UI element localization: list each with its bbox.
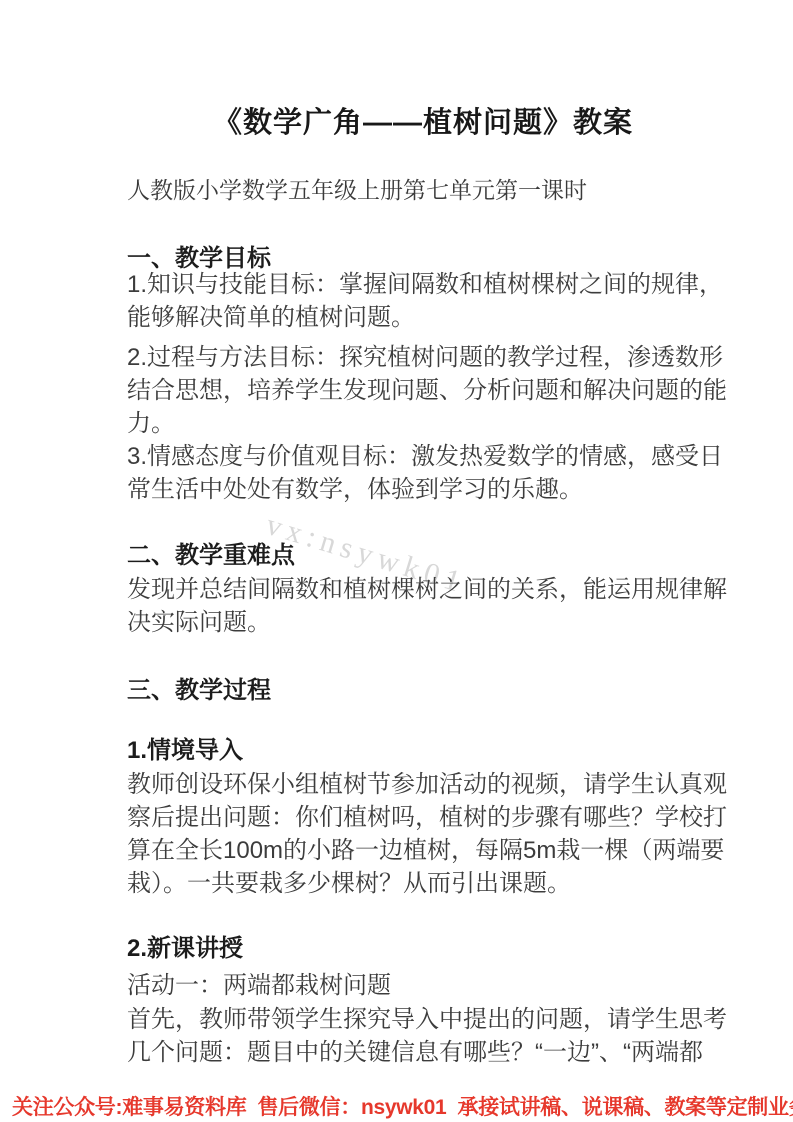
paragraph-intro: 教师创设环保小组植树节参加活动的视频，请学生认真观 察后提出问题：你们植树吗，植… [127, 768, 719, 900]
paragraph-emotion-goal: 3.情感态度与价值观目标：激发热爱数学的情感，感受日 常生活中处处有数学，体验到… [127, 440, 719, 506]
text-line: 教师创设环保小组植树节参加活动的视频，请学生认真观 [127, 768, 719, 801]
text-line: 发现并总结间隔数和植树棵树之间的关系，能运用规律解 [127, 573, 719, 606]
page-title: 《数学广角——植树问题》教案 [127, 100, 719, 141]
text-line: 2.过程与方法目标：探究植树问题的教学过程，渗透数形 [127, 341, 719, 374]
subsection-heading-intro: 1.情境导入 [127, 730, 719, 765]
text-line: 首先，教师带领学生探究导入中提出的问题，请学生思考 [127, 1003, 719, 1036]
text-line: 栽）。一共要栽多少棵树？从而引出课题。 [127, 867, 719, 900]
section-heading-key-points: 二、教学重难点 [127, 535, 719, 570]
document-page: vx:nsywk01 《数学广角——植树问题》教案 人教版小学数学五年级上册第七… [0, 0, 793, 1122]
text-line: 决实际问题。 [127, 606, 719, 639]
footer-promo-banner: 关注公众号:难事易资料库 售后微信：nsywk01 承接试讲稿、说课稿、教案等定… [0, 1091, 793, 1121]
text-line: 3.情感态度与价值观目标：激发热爱数学的情感，感受日 [127, 440, 719, 473]
text-line: 1.知识与技能目标：掌握间隔数和植树棵树之间的规律， [127, 268, 719, 301]
paragraph-knowledge-goal: 1.知识与技能目标：掌握间隔数和植树棵树之间的规律， 能够解决简单的植树问题。 [127, 268, 719, 334]
text-line: 常生活中处处有数学，体验到学习的乐趣。 [127, 473, 719, 506]
page-subtitle: 人教版小学数学五年级上册第七单元第一课时 [127, 172, 719, 205]
paragraph-key-points: 发现并总结间隔数和植树棵树之间的关系，能运用规律解 决实际问题。 [127, 573, 719, 639]
paragraph-process-goal: 2.过程与方法目标：探究植树问题的教学过程，渗透数形 结合思想，培养学生发现问题… [127, 341, 719, 440]
text-line: 算在全长100m的小路一边植树，每隔5m栽一棵（两端要 [127, 834, 719, 867]
text-line: 力。 [127, 407, 719, 440]
activity-title: 活动一：两端都栽树问题 [127, 965, 719, 1000]
text-line: 能够解决简单的植树问题。 [127, 301, 719, 334]
text-line: 结合思想，培养学生发现问题、分析问题和解决问题的能 [127, 374, 719, 407]
paragraph-activity: 首先，教师带领学生探究导入中提出的问题，请学生思考 几个问题：题目中的关键信息有… [127, 1003, 719, 1069]
text-line: 几个问题：题目中的关键信息有哪些？“一边”、“两端都 [127, 1036, 719, 1069]
section-heading-process: 三、教学过程 [127, 670, 719, 705]
subsection-heading-new-lesson: 2.新课讲授 [127, 928, 719, 963]
text-line: 察后提出问题：你们植树吗，植树的步骤有哪些？学校打 [127, 801, 719, 834]
